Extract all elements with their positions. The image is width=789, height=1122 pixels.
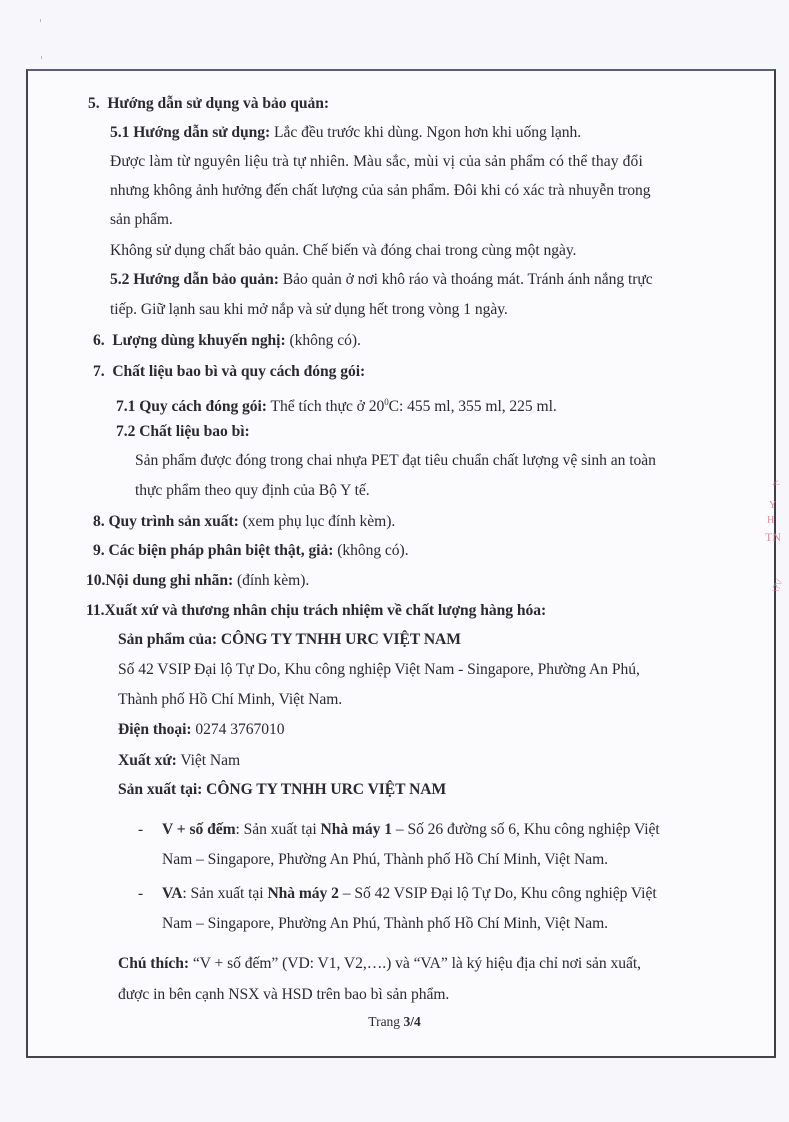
section-number: 9. [93,542,105,559]
page-value: 3/4 [403,1014,420,1029]
factory-name: Nhà máy 1 [321,821,392,838]
section-title: Hướng dẫn sử dụng và bảo quản: [107,95,329,112]
field-label: Sản xuất tại: [118,781,202,798]
factory-list-item: -VA: Sản xuất tại Nhà máy 2 – Số 42 VSIP… [138,884,657,904]
factory-code: VA [162,885,182,902]
factory-address-line: Nam – Singapore, Phường An Phú, Thành ph… [162,850,608,870]
section-11-heading: 11.Xuất xứ và thương nhân chịu trách nhi… [86,601,546,621]
subsection-text: Lắc đều trước khi dùng. Ngon hơn khi uốn… [270,124,581,141]
section-6: 6. Lượng dùng khuyến nghị: (không có). [93,331,361,351]
section-7-2-material-heading: 7.2 Chất liệu bao bì: [116,422,250,442]
paragraph-line: nhưng không ảnh hưởng đến chất lượng của… [110,181,651,201]
section-number: 6. [93,332,105,349]
paragraph-line: Không sử dụng chất bảo quản. Chế biến và… [110,241,576,261]
section-label: Lượng dùng khuyến nghị: [112,332,285,349]
factory-text: – Số 42 VSIP Đại lộ Tự Do, Khu công nghi… [339,885,657,902]
section-9: 9. Các biện pháp phân biệt thật, giả: (k… [93,541,409,561]
factory-name: Nhà máy 2 [267,885,338,902]
bullet-dash: - [138,820,162,840]
paragraph-line: tiếp. Giữ lạnh sau khi mở nắp và sử dụng… [110,300,508,320]
section-text: (không có). [333,542,408,559]
paragraph-line: sản phẩm. [110,210,173,230]
factory-text: : Sản xuất tại [236,821,321,838]
section-number: 10. [86,572,105,589]
paragraph-line: thực phẩm theo quy định của Bộ Y tế. [135,481,370,501]
scan-speck [41,56,42,59]
note: Chú thích: “V + số đếm” (VD: V1, V2,….) … [118,954,641,974]
field-label: Xuất xứ: [118,752,177,769]
note-line: được in bên cạnh NSX và HSD trên bao bì … [118,985,449,1005]
page-number: Trang 3/4 [0,1013,789,1031]
section-5-2-storage: 5.2 Hướng dẫn bảo quản: Bảo quản ở nơi k… [110,270,653,290]
section-number: 11. [86,602,104,619]
origin: Xuất xứ: Việt Nam [118,751,240,771]
factory-address-line: Nam – Singapore, Phường An Phú, Thành ph… [162,914,608,934]
factory-list-item: -V + số đếm: Sản xuất tại Nhà máy 1 – Số… [138,820,660,840]
section-label: Nội dung ghi nhãn: [105,572,233,589]
subsection-label: 5.2 Hướng dẫn bảo quản: [110,271,279,288]
section-number: 7. [93,363,105,380]
section-number: 8. [93,513,105,530]
phone-number: 0274 3767010 [192,721,285,738]
paragraph-line: Sản phẩm được đóng trong chai nhựa PET đ… [135,451,656,471]
phone: Điện thoại: 0274 3767010 [118,720,284,740]
section-title: Chất liệu bao bì và quy cách đóng gói: [112,363,365,380]
made-at: Sản xuất tại: CÔNG TY TNHH URC VIỆT NAM [118,780,446,800]
section-5-1-usage: 5.1 Hướng dẫn sử dụng: Lắc đều trước khi… [110,123,581,143]
note-text: “V + số đếm” (VD: V1, V2,….) và “VA” là … [189,955,641,972]
field-label: Điện thoại: [118,721,192,738]
company-address-line: Số 42 VSIP Đại lộ Tự Do, Khu công nghiệp… [118,660,640,680]
product-of: Sản phẩm của: CÔNG TY TNHH URC VIỆT NAM [118,630,461,650]
paragraph-line: Được làm từ nguyên liệu trà tự nhiên. Mà… [110,152,643,172]
section-text: (không có). [286,332,361,349]
section-7-heading: 7. Chất liệu bao bì và quy cách đóng gói… [93,362,365,382]
subsection-label: 7.1 Quy cách đóng gói: [116,398,267,415]
section-label: Các biện pháp phân biệt thật, giả: [108,542,333,559]
section-number: 5. [88,95,100,112]
page-prefix: Trang [368,1014,403,1029]
company-address-line: Thành phố Hồ Chí Minh, Việt Nam. [118,690,342,710]
bullet-dash: - [138,884,162,904]
stamp-fragment: Y [769,500,776,512]
section-title: Xuất xứ và thương nhân chịu trách nhiệm … [104,602,546,619]
company-name: CÔNG TY TNHH URC VIỆT NAM [217,631,461,648]
section-7-1-packaging: 7.1 Quy cách đóng gói: Thể tích thực ở 2… [116,392,557,417]
factory-text: : Sản xuất tại [182,885,267,902]
subsection-text: Thể tích thực ở 20 [267,398,384,415]
company-name: CÔNG TY TNHH URC VIỆT NAM [202,781,446,798]
subsection-label: 5.1 Hướng dẫn sử dụng: [110,124,270,141]
field-label: Sản phẩm của: [118,631,217,648]
section-5-heading: 5. Hướng dẫn sử dụng và bảo quản: [88,94,329,114]
section-label: Quy trình sản xuất: [108,513,238,530]
stamp-fragment: H [767,515,774,527]
factory-text: – Số 26 đường số 6, Khu công nghiệp Việt [392,821,660,838]
section-10: 10.Nội dung ghi nhãn: (đính kèm). [86,571,309,591]
section-text: (xem phụ lục đính kèm). [239,513,395,530]
subsection-text: Bảo quản ở nơi khô ráo và thoáng mát. Tr… [279,271,653,288]
stamp-fragment: TN [765,531,781,543]
subsection-text: C: 455 ml, 355 ml, 225 ml. [389,398,557,415]
note-label: Chú thích: [118,955,189,972]
scan-speck [40,19,41,22]
factory-code: V + số đếm [162,821,236,838]
section-8: 8. Quy trình sản xuất: (xem phụ lục đính… [93,512,395,532]
origin-value: Việt Nam [177,752,240,769]
section-text: (đính kèm). [233,572,309,589]
